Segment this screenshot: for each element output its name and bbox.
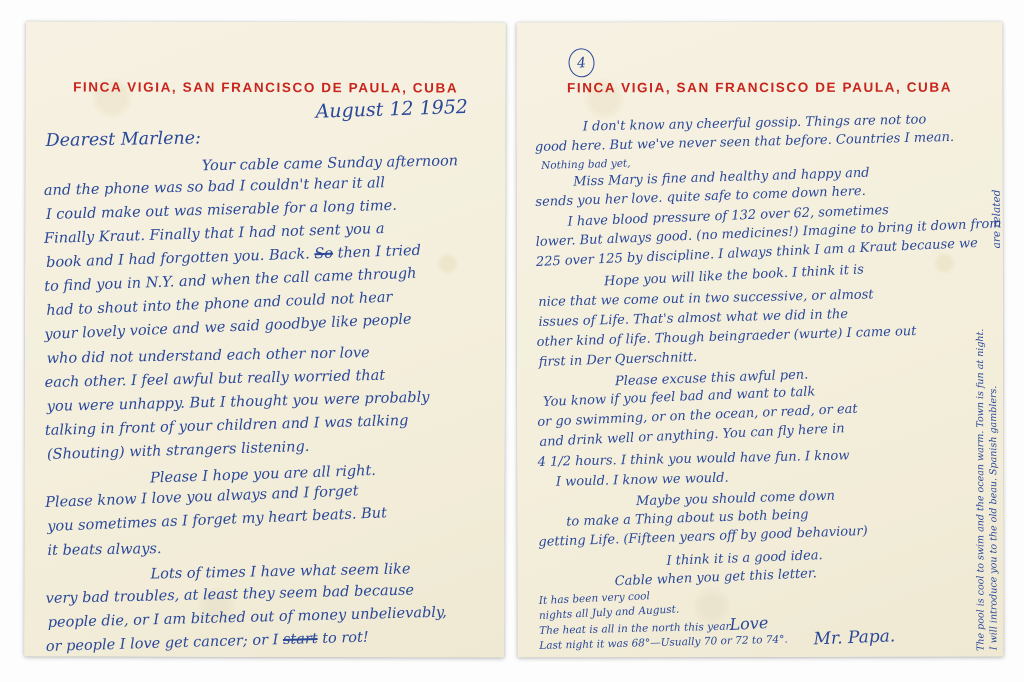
page-1-handwriting: Dearest Marlene:Your cable came Sunday a… (44, 129, 490, 663)
signature-name: Mr. Papa. (813, 626, 895, 649)
letter-page-2: 4 FINCA VIGIA, SAN FRANCISCO DE PAULA, C… (516, 22, 1003, 658)
margin-note-pool-outer: I will introduce you to the old beau. Sp… (988, 386, 999, 651)
letter-date: August 12 1952 (315, 96, 468, 123)
letterhead-page-1: FINCA VIGIA, SAN FRANCISCO DE PAULA, CUB… (26, 79, 506, 95)
letterhead-page-2: FINCA VIGIA, SAN FRANCISCO DE PAULA, CUB… (517, 80, 1003, 96)
margin-note-pool-inner: The pool is cool to swim and the ocean w… (975, 328, 987, 650)
letter-page-1: FINCA VIGIA, SAN FRANCISCO DE PAULA, CUB… (24, 21, 506, 657)
signature-valediction: Love (729, 613, 769, 634)
margin-note-are-related: are related (991, 190, 1003, 249)
letter-scan: FINCA VIGIA, SAN FRANCISCO DE PAULA, CUB… (0, 0, 1024, 682)
margin-note-pool: The pool is cool to swim and the ocean w… (975, 328, 1000, 650)
page-number: 4 (568, 47, 596, 78)
page-2-handwriting: I don't know any cheerful gossip. Things… (535, 116, 990, 655)
